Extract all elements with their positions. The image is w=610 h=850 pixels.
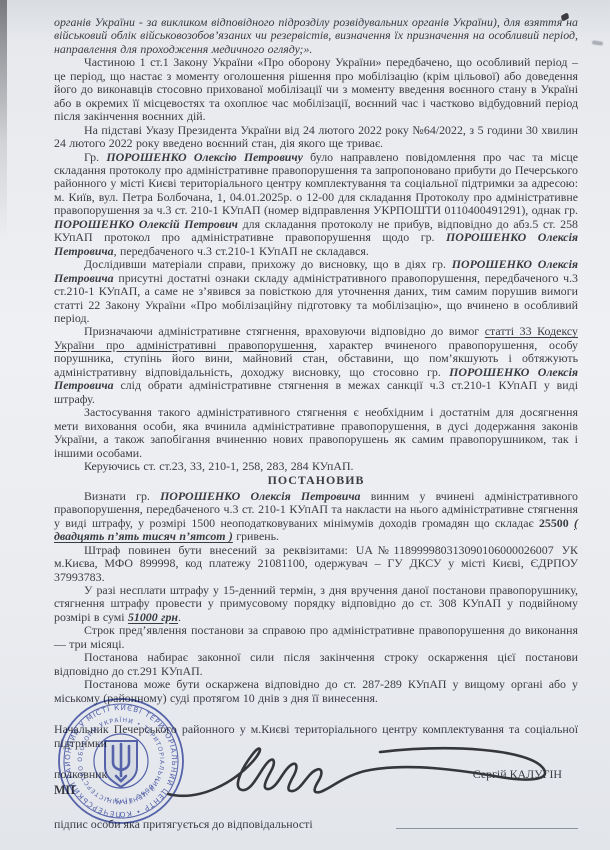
findings-paragraph: Дослідивши матеріали справи, прихожу до … bbox=[54, 258, 578, 325]
defense-law-paragraph: Частиною 1 ст.1 Закону України «Про обор… bbox=[54, 56, 578, 123]
paragraphs-container: органів України - за викликом відповідно… bbox=[54, 16, 578, 705]
scan-artifact-dash bbox=[592, 40, 603, 45]
officer-row: полковник Сергій КАЛУГІН bbox=[54, 767, 578, 781]
scanned-resolution-page: { "page": { "background": "#eef0f3", "te… bbox=[0, 0, 610, 850]
resolution-heading: ПОСТАНОВИВ bbox=[54, 474, 578, 487]
signatory-position: Начальник Печерського районного у м.Києв… bbox=[54, 722, 578, 750]
legal-force-paragraph: Постанова набирає законної сили після за… bbox=[54, 651, 578, 678]
signatory-name: Сергій КАЛУГІН bbox=[473, 767, 578, 781]
legal-basis-paragraph: Керуючись ст. ст.23, 33, 210-1, 258, 283… bbox=[54, 460, 578, 473]
penalty-assessment-paragraph: Призначаючи адміністративне стягнення, в… bbox=[54, 325, 578, 406]
seal-mark-label: МП bbox=[54, 783, 578, 798]
law-quote-continuation: органів України - за викликом відповідно… bbox=[54, 16, 578, 56]
martial-law-paragraph: На підставі Указу Президента України від… bbox=[54, 124, 578, 151]
payment-details-paragraph: Штраф повинен бути внесений за реквізита… bbox=[54, 544, 578, 584]
verdict-paragraph: Визнати гр. ПОРОШЕНКО Олексія Петровича … bbox=[54, 490, 578, 544]
justification-paragraph: Застосування такого адміністративного ст… bbox=[54, 406, 578, 460]
non-payment-paragraph: У разі несплати штрафу у 15-денний термі… bbox=[54, 584, 578, 624]
attestation-row: підпис особи яка притягується до відпові… bbox=[54, 817, 578, 831]
document-body: органів України - за викликом відповідно… bbox=[54, 16, 578, 831]
appeal-paragraph: Постанова може бути оскаржена відповідно… bbox=[54, 678, 578, 705]
scan-edge-shadow bbox=[0, 0, 7, 240]
notification-paragraph: Гр. ПОРОШЕНКО Олексію Петровичу було нап… bbox=[54, 151, 578, 259]
signature-line bbox=[396, 828, 578, 829]
attestation-label: підпис особи яка притягується до відпові… bbox=[54, 817, 313, 831]
term-paragraph: Строк пред’явлення постанови за справою … bbox=[54, 624, 578, 651]
signatory-rank: полковник bbox=[54, 767, 107, 781]
